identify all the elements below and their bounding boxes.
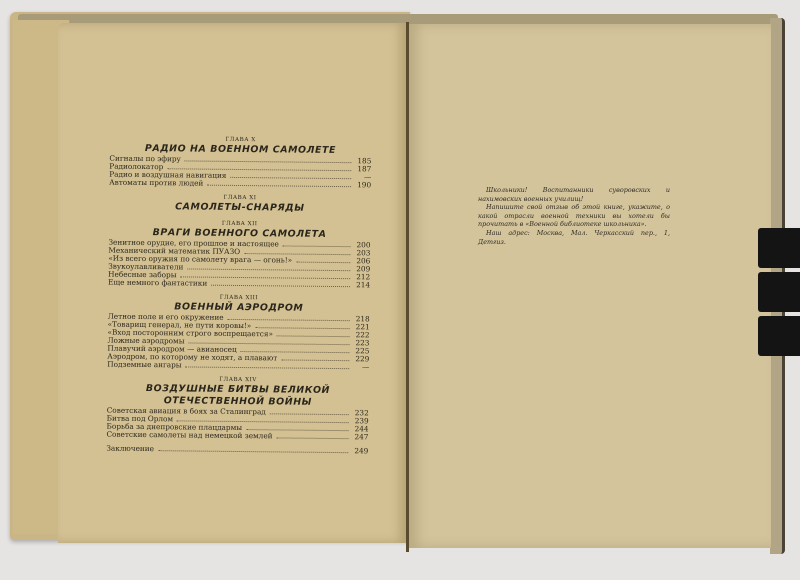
- dot-leader: [283, 244, 351, 247]
- note-paragraph: Наш адрес: Москва, Мал. Черкасский пер.,…: [478, 229, 670, 246]
- table-of-contents: ГЛАВА XРАДИО НА ВОЕННОМ САМОЛЕТЕСигналы …: [106, 129, 371, 456]
- toc-entry: Автоматы против людей190: [109, 179, 371, 190]
- dot-leader: [277, 334, 350, 337]
- toc-entry-page: 190: [355, 181, 371, 189]
- dot-leader: [207, 184, 351, 188]
- toc-entry-title: Советские самолеты над немецкой землей: [106, 431, 272, 441]
- toc-entry-title: Заключение: [106, 445, 154, 453]
- dot-leader: [211, 284, 350, 287]
- dot-leader: [158, 449, 348, 453]
- dot-leader: [187, 267, 350, 271]
- toc-entry-page: 214: [354, 281, 370, 289]
- note-paragraph: Напишите свой отзыв об этой книге, укажи…: [478, 203, 670, 229]
- toc-entry: Еще немного фантастики214: [108, 279, 370, 290]
- dot-leader: [281, 358, 349, 361]
- binder-clip-icon: [758, 272, 800, 312]
- toc-entry-page: —: [353, 363, 369, 371]
- note-paragraph: Школьники! Воспитанники суворовских и на…: [478, 186, 670, 203]
- toc-entry-title: Автоматы против людей: [109, 179, 203, 188]
- dot-leader: [186, 365, 350, 369]
- chapter-title: САМОЛЕТЫ-СНАРЯДЫ: [109, 201, 371, 216]
- dot-leader: [270, 412, 349, 415]
- binder-clips: [758, 228, 800, 356]
- toc-entry-page: 247: [352, 433, 368, 441]
- dot-leader: [230, 176, 351, 179]
- dot-leader: [185, 159, 352, 163]
- right-page: [409, 24, 771, 548]
- toc-entry: Советские самолеты над немецкой землей24…: [106, 431, 368, 442]
- toc-entry-page: 249: [352, 447, 368, 455]
- toc-entry-title: Подземные ангары: [107, 361, 181, 370]
- dot-leader: [277, 436, 349, 439]
- binder-clip-icon: [758, 228, 800, 268]
- dot-leader: [296, 261, 350, 264]
- reader-appeal-note: Школьники! Воспитанники суворовских и на…: [478, 186, 670, 246]
- book-gutter: [406, 22, 409, 552]
- toc-entry-title: Еще немного фантастики: [108, 279, 207, 288]
- binder-clip-icon: [758, 316, 800, 356]
- toc-entry: Подземные ангары—: [107, 361, 369, 372]
